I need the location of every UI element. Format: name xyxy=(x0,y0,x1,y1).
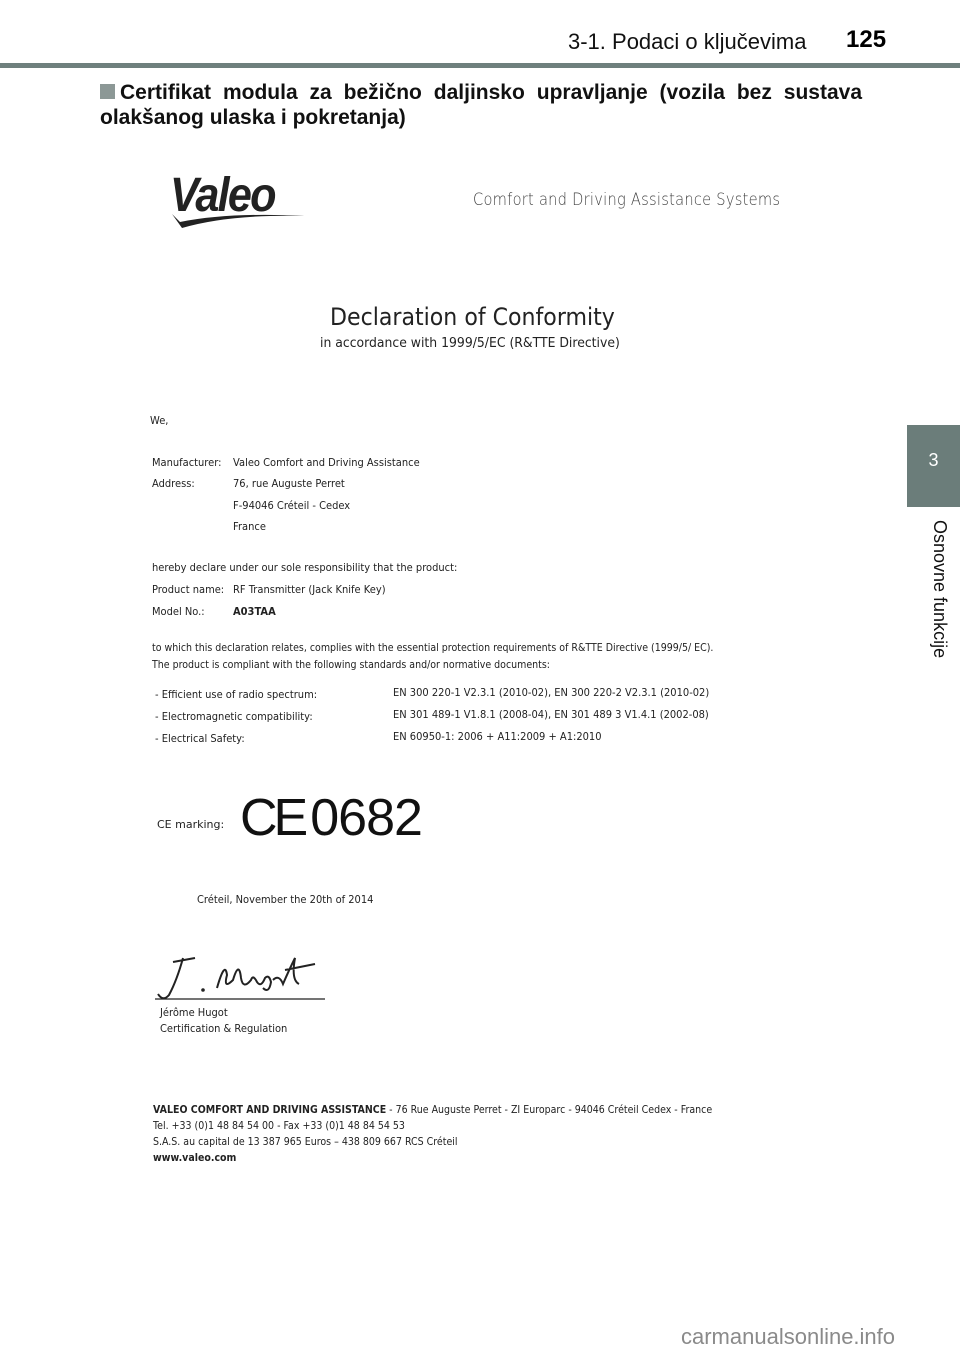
product-name-label: Product name: xyxy=(152,583,224,596)
model-value: A03TAA xyxy=(233,605,276,618)
address-line-1: 76, rue Auguste Perret xyxy=(233,477,345,490)
footer-address: - 76 Rue Auguste Perret - ZI Europarc - … xyxy=(386,1104,712,1116)
standard-value: EN 60950-1: 2006 + A11:2009 + A1:2010 xyxy=(393,730,602,743)
manufacturer-value: Valeo Comfort and Driving Assistance xyxy=(233,456,420,469)
intro-text: We, xyxy=(150,414,168,427)
signature-icon xyxy=(155,950,330,1005)
document-subtitle: in accordance with 1999/5/EC (R&TTE Dire… xyxy=(320,335,620,351)
footer-company-line: VALEO COMFORT AND DRIVING ASSISTANCE - 7… xyxy=(153,1104,712,1116)
address-line-2: F-94046 Créteil - Cedex xyxy=(233,499,350,512)
standard-label: - Electrical Safety: xyxy=(155,732,245,745)
ce-marking-label: CE marking: xyxy=(157,818,224,831)
declare-text: hereby declare under our sole responsibi… xyxy=(152,561,457,574)
company-tagline: Comfort and Driving Assistance Systems xyxy=(473,190,780,210)
watermark: carmanualsonline.info xyxy=(681,1324,895,1350)
footer-capital: S.A.S. au capital de 13 387 965 Euros – … xyxy=(153,1136,458,1148)
certificate-image: Valeo Comfort and Driving Assistance Sys… xyxy=(0,0,960,1360)
signatory-title: Certification & Regulation xyxy=(160,1022,287,1035)
model-label: Model No.: xyxy=(152,605,205,618)
ce-mark-icon: CE xyxy=(240,789,304,847)
address-label: Address: xyxy=(152,477,195,490)
standard-label: - Efficient use of radio spectrum: xyxy=(155,688,317,701)
notified-body-number: 0682 xyxy=(310,789,422,847)
manufacturer-label: Manufacturer: xyxy=(152,456,221,469)
compliance-line-2: The product is compliant with the follow… xyxy=(152,659,550,671)
product-name-value: RF Transmitter (Jack Knife Key) xyxy=(233,583,386,596)
address-line-3: France xyxy=(233,520,266,533)
standard-value: EN 300 220-1 V2.3.1 (2010-02), EN 300 22… xyxy=(393,686,709,699)
signatory-name: Jérôme Hugot xyxy=(160,1006,228,1019)
standard-label: - Electromagnetic compatibility: xyxy=(155,710,313,723)
valeo-swoosh-icon xyxy=(170,208,310,234)
compliance-line-1: to which this declaration relates, compl… xyxy=(152,642,713,654)
footer-phone: Tel. +33 (0)1 48 84 54 00 - Fax +33 (0)1… xyxy=(153,1120,405,1132)
document-title: Declaration of Conformity xyxy=(330,303,615,331)
ce-marking: CE0682 xyxy=(240,788,422,848)
standard-value: EN 301 489-1 V1.8.1 (2008-04), EN 301 48… xyxy=(393,708,709,721)
place-date: Créteil, November the 20th of 2014 xyxy=(197,893,373,906)
footer-website[interactable]: www.valeo.com xyxy=(153,1152,236,1164)
footer-company: VALEO COMFORT AND DRIVING ASSISTANCE xyxy=(153,1104,386,1116)
